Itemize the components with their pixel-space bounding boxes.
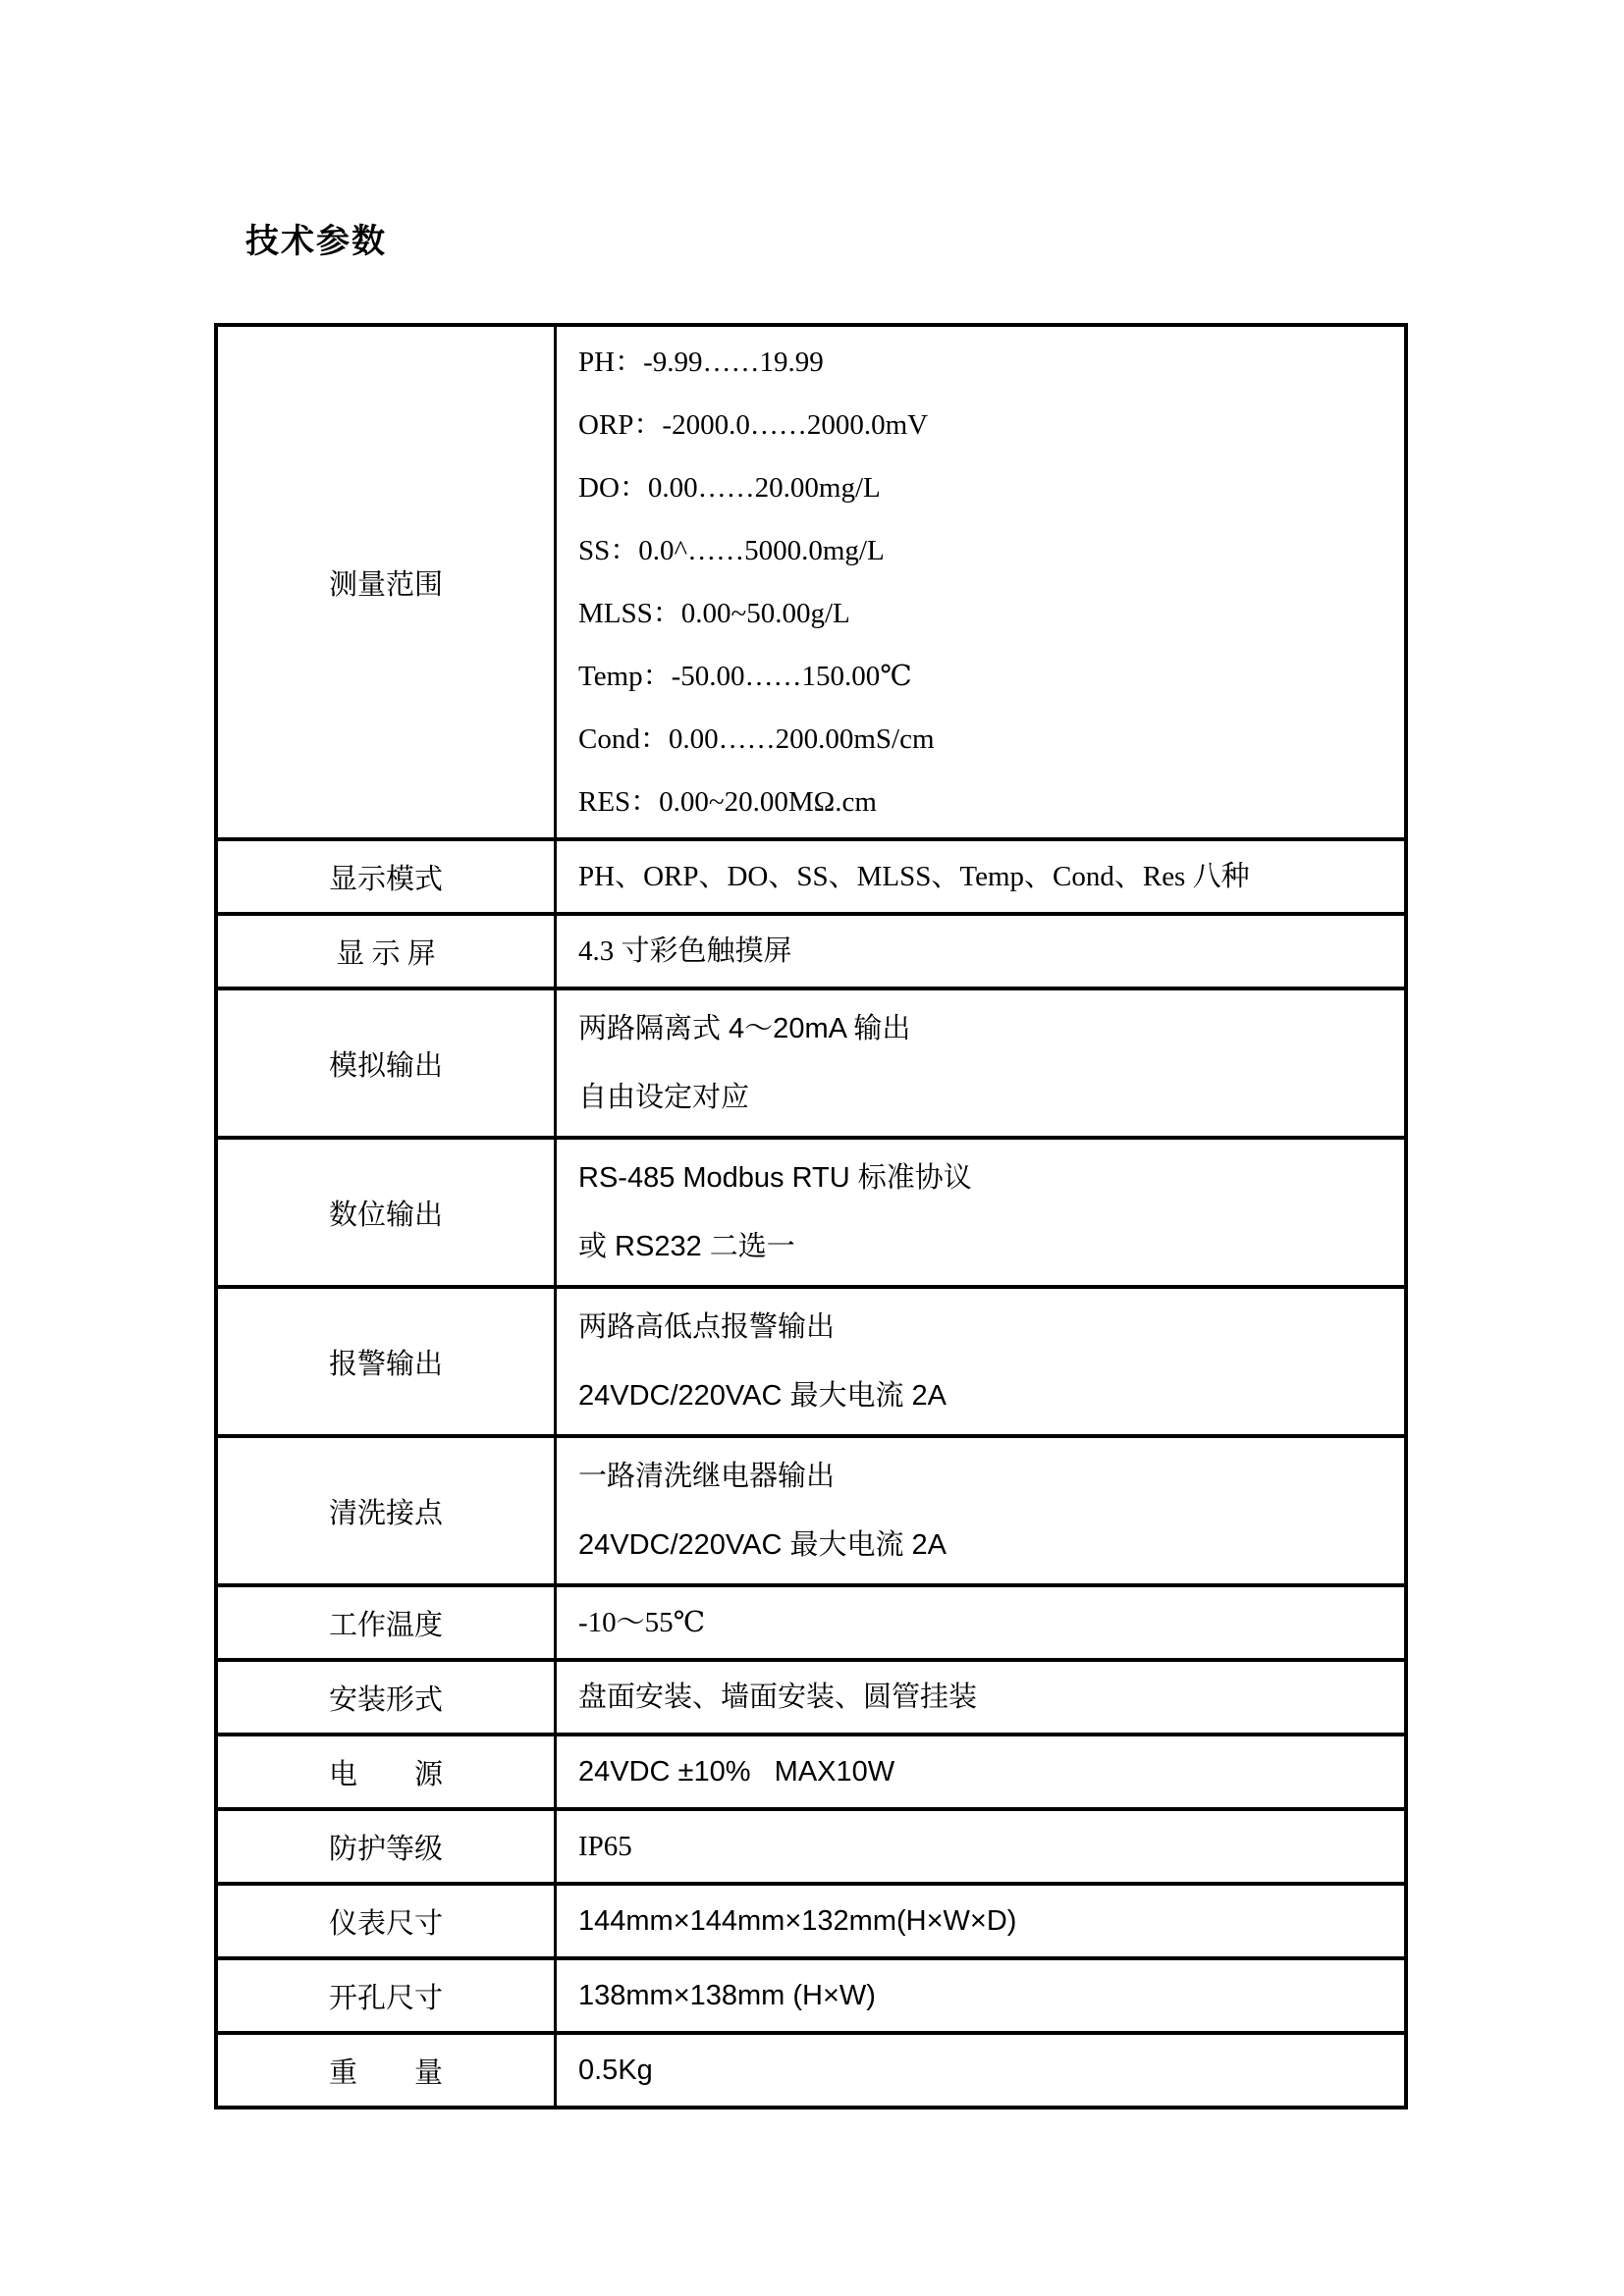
spec-value: 4.3 寸彩色触摸屏: [556, 914, 1407, 988]
spec-label: 重 量: [216, 2033, 556, 2108]
value-line: 4.3 寸彩色触摸屏: [578, 920, 1396, 983]
spec-value: 24VDC ±10% MAX10W: [556, 1735, 1407, 1809]
document-page: 技术参数 测量范围PH：-9.99……19.99ORP：-2000.0……200…: [0, 0, 1624, 2296]
value-line: -10～55℃: [578, 1591, 1396, 1654]
spec-value: 两路隔离式 4～20mA 输出自由设定对应: [556, 988, 1407, 1138]
table-row: 显示模式PH、ORP、DO、SS、MLSS、Temp、Cond、Res 八种: [216, 839, 1406, 914]
spec-value: 两路高低点报警输出24VDC/220VAC 最大电流 2A: [556, 1287, 1407, 1436]
spec-value: 138mm×138mm (H×W): [556, 1958, 1407, 2033]
value-line: 两路高低点报警输出: [578, 1293, 1396, 1362]
value-line: 138mm×138mm (H×W): [578, 1964, 1396, 2027]
value-line: 144mm×144mm×132mm(H×W×D): [578, 1890, 1396, 1952]
table-row: 安装形式盘面安装、墙面安装、圆管挂装: [216, 1660, 1406, 1735]
spec-value: IP65: [556, 1809, 1407, 1884]
spec-label: 仪表尺寸: [216, 1884, 556, 1958]
spec-label: 显 示 屏: [216, 914, 556, 988]
spec-label: 模拟输出: [216, 988, 556, 1138]
spec-label: 防护等级: [216, 1809, 556, 1884]
value-line: MLSS：0.00~50.00g/L: [578, 582, 1396, 645]
spec-label: 开孔尺寸: [216, 1958, 556, 2033]
spec-value: 144mm×144mm×132mm(H×W×D): [556, 1884, 1407, 1958]
value-line: PH、ORP、DO、SS、MLSS、Temp、Cond、Res 八种: [578, 845, 1396, 908]
value-line: 24VDC ±10% MAX10W: [578, 1740, 1396, 1803]
table-row: 清洗接点一路清洗继电器输出24VDC/220VAC 最大电流 2A: [216, 1436, 1406, 1585]
value-line: DO：0.00……20.00mg/L: [578, 456, 1396, 519]
spec-value: 一路清洗继电器输出24VDC/220VAC 最大电流 2A: [556, 1436, 1407, 1585]
value-line: ORP：-2000.0……2000.0mV: [578, 394, 1396, 456]
value-line: RES：0.00~20.00MΩ.cm: [578, 771, 1396, 833]
spec-label: 测量范围: [216, 325, 556, 839]
value-line: 0.5Kg: [578, 2039, 1396, 2102]
spec-label: 电 源: [216, 1735, 556, 1809]
value-line: SS：0.0^……5000.0mg/L: [578, 519, 1396, 582]
value-line: IP65: [578, 1815, 1396, 1878]
spec-value: PH：-9.99……19.99ORP：-2000.0……2000.0mVDO：0…: [556, 325, 1407, 839]
table-row: 仪表尺寸144mm×144mm×132mm(H×W×D): [216, 1884, 1406, 1958]
spec-label: 数位输出: [216, 1138, 556, 1287]
table-row: 报警输出两路高低点报警输出24VDC/220VAC 最大电流 2A: [216, 1287, 1406, 1436]
table-row: 测量范围PH：-9.99……19.99ORP：-2000.0……2000.0mV…: [216, 325, 1406, 839]
table-row: 重 量0.5Kg: [216, 2033, 1406, 2108]
table-row: 数位输出RS-485 Modbus RTU 标准协议或 RS232 二选一: [216, 1138, 1406, 1287]
table-row: 工作温度-10～55℃: [216, 1585, 1406, 1660]
spec-table-body: 测量范围PH：-9.99……19.99ORP：-2000.0……2000.0mV…: [216, 325, 1406, 2108]
value-line: 盘面安装、墙面安装、圆管挂装: [578, 1666, 1396, 1729]
table-row: 模拟输出两路隔离式 4～20mA 输出自由设定对应: [216, 988, 1406, 1138]
table-row: 防护等级IP65: [216, 1809, 1406, 1884]
table-row: 显 示 屏4.3 寸彩色触摸屏: [216, 914, 1406, 988]
spec-label: 安装形式: [216, 1660, 556, 1735]
spec-label: 工作温度: [216, 1585, 556, 1660]
spec-value: -10～55℃: [556, 1585, 1407, 1660]
spec-label: 报警输出: [216, 1287, 556, 1436]
spec-table: 测量范围PH：-9.99……19.99ORP：-2000.0……2000.0mV…: [214, 323, 1408, 2109]
spec-value: PH、ORP、DO、SS、MLSS、Temp、Cond、Res 八种: [556, 839, 1407, 914]
spec-label: 显示模式: [216, 839, 556, 914]
value-line: 24VDC/220VAC 最大电流 2A: [578, 1362, 1396, 1430]
spec-value: 盘面安装、墙面安装、圆管挂装: [556, 1660, 1407, 1735]
table-row: 开孔尺寸138mm×138mm (H×W): [216, 1958, 1406, 2033]
value-line: Temp：-50.00……150.00℃: [578, 645, 1396, 708]
value-line: PH：-9.99……19.99: [578, 331, 1396, 394]
value-line: 一路清洗继电器输出: [578, 1442, 1396, 1511]
value-line: RS-485 Modbus RTU 标准协议: [578, 1144, 1396, 1212]
value-line: 两路隔离式 4～20mA 输出: [578, 994, 1396, 1063]
value-line: 或 RS232 二选一: [578, 1212, 1396, 1281]
value-line: 24VDC/220VAC 最大电流 2A: [578, 1511, 1396, 1579]
value-line: Cond：0.00……200.00mS/cm: [578, 708, 1396, 771]
page-title: 技术参数: [245, 214, 387, 262]
spec-label: 清洗接点: [216, 1436, 556, 1585]
table-row: 电 源24VDC ±10% MAX10W: [216, 1735, 1406, 1809]
spec-value: 0.5Kg: [556, 2033, 1407, 2108]
value-line: 自由设定对应: [578, 1063, 1396, 1132]
spec-value: RS-485 Modbus RTU 标准协议或 RS232 二选一: [556, 1138, 1407, 1287]
